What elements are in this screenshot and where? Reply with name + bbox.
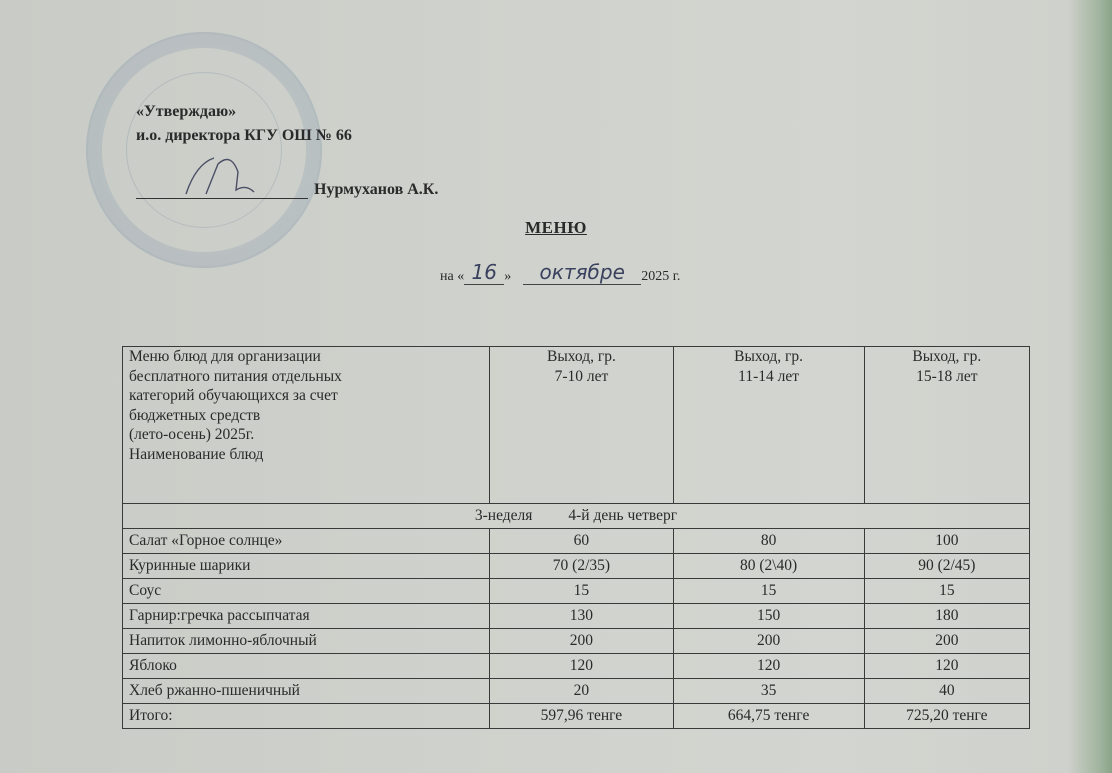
document-title: МЕНЮ	[0, 218, 1112, 238]
signer-name: Нурмуханов А.К.	[314, 181, 438, 199]
menu-table: Меню блюд для организации бесплатного пи…	[122, 346, 1030, 729]
table-row: Напиток лимонно-яблочный200200200	[123, 629, 1030, 654]
header-age-7-10: Выход, гр.7-10 лет	[490, 347, 673, 504]
table-row: Салат «Горное солнце»6080100	[123, 529, 1030, 554]
date-prefix: на «	[440, 269, 464, 285]
table-row: Соус151515	[123, 579, 1030, 604]
signature-line	[136, 178, 308, 199]
table-row: Куринные шарики70 (2/35)80 (2\40)90 (2/4…	[123, 554, 1030, 579]
signature-row: Нурмуханов А.К.	[136, 178, 438, 199]
approval-position: и.о. директора КГУ ОШ № 66	[136, 124, 352, 148]
date-month-field: октябре	[523, 262, 641, 285]
date-year: 2025 г.	[641, 269, 680, 285]
header-dish-name: Меню блюд для организации бесплатного пи…	[123, 347, 490, 504]
week-day-row: 3-неделя4-й день четверг	[123, 504, 1030, 529]
table-header-row: Меню блюд для организации бесплатного пи…	[123, 347, 1030, 504]
date-day-field: 16	[464, 262, 504, 285]
table-row: Яблоко120120120	[123, 654, 1030, 679]
date-mid: »	[504, 269, 511, 285]
header-age-15-18: Выход, гр.15-18 лет	[864, 347, 1029, 504]
approval-block: «Утверждаю» и.о. директора КГУ ОШ № 66	[136, 100, 352, 148]
header-age-11-14: Выход, гр.11-14 лет	[673, 347, 864, 504]
approval-heading: «Утверждаю»	[136, 100, 352, 124]
week-label: 3-неделя	[475, 507, 533, 524]
table-row: Хлеб ржанно-пшеничный203540	[123, 679, 1030, 704]
day-label: 4-й день четверг	[568, 507, 677, 524]
date-line: на « 16 » октябре 2025 г.	[440, 262, 680, 285]
table-row: Гарнир:гречка рассыпчатая130150180	[123, 604, 1030, 629]
total-row: Итого:597,96 тенге664,75 тенге725,20 тен…	[123, 704, 1030, 729]
signature-icon	[176, 154, 266, 198]
